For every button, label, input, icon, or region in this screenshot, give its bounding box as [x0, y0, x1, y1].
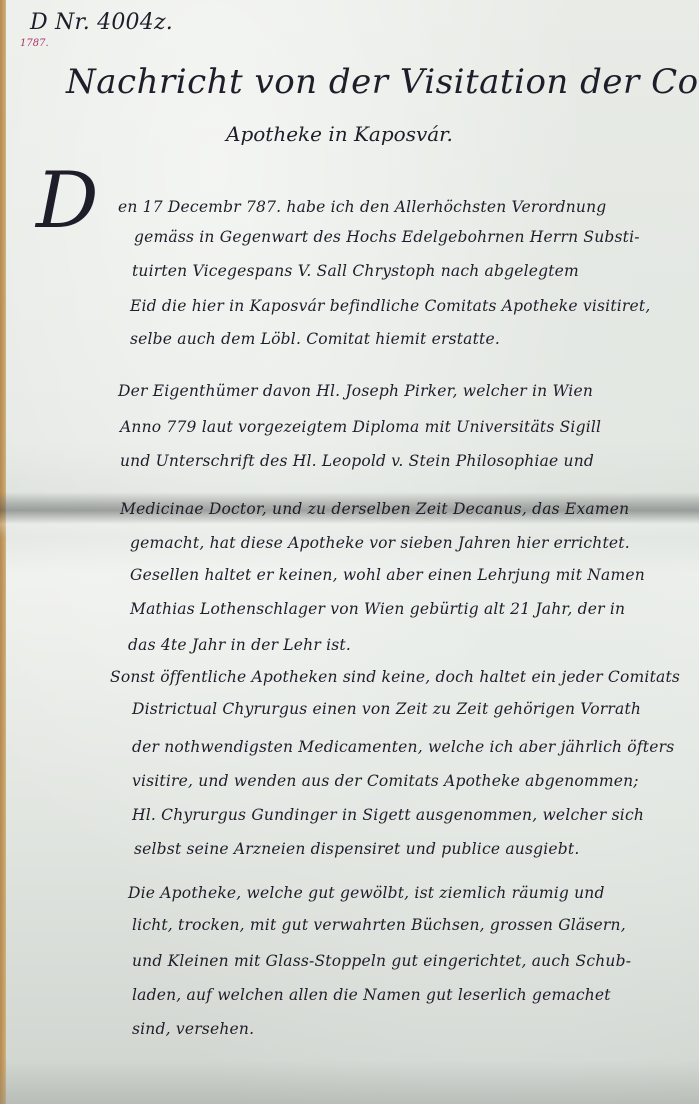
manuscript-line: Der Eigenthümer davon Hl. Joseph Pirker,…: [118, 382, 593, 400]
archive-year-note: 1787.: [20, 38, 49, 49]
archive-number: D Nr. 4004z.: [30, 10, 173, 35]
manuscript-line: Gesellen haltet er keinen, wohl aber ein…: [130, 566, 645, 584]
manuscript-page: [6, 0, 699, 1104]
manuscript-line: Districtual Chyrurgus einen von Zeit zu …: [132, 700, 641, 718]
manuscript-line: gemäss in Gegenwart des Hochs Edelgebohr…: [134, 228, 640, 246]
manuscript-line: der nothwendigsten Medicamenten, welche …: [132, 738, 674, 756]
manuscript-line: Mathias Lothenschlager von Wien gebürtig…: [130, 600, 625, 618]
drop-cap: D: [36, 162, 99, 240]
manuscript-line: licht, trocken, mit gut verwahrten Büchs…: [132, 916, 626, 934]
manuscript-line: sind, versehen.: [132, 1020, 254, 1038]
manuscript-line: visitire, und wenden aus der Comitats Ap…: [132, 772, 639, 790]
manuscript-line: gemacht, hat diese Apotheke vor sieben J…: [130, 534, 630, 552]
manuscript-line: en 17 Decembr 787. habe ich den Allerhöc…: [118, 198, 606, 216]
manuscript-line: tuirten Vicegespans V. Sall Chrystoph na…: [132, 262, 579, 280]
manuscript-line: Sonst öffentliche Apotheken sind keine, …: [110, 668, 680, 686]
manuscript-line: und Kleinen mit Glass-Stoppeln gut einge…: [132, 952, 631, 970]
document-title: Nachricht von der Visitation der Comitat…: [66, 62, 699, 102]
manuscript-line: laden, auf welchen allen die Namen gut l…: [132, 986, 611, 1004]
bottom-shadow: [0, 1060, 699, 1104]
manuscript-line: Eid die hier in Kaposvár befindliche Com…: [130, 297, 650, 315]
manuscript-line: das 4te Jahr in der Lehr ist.: [128, 636, 351, 654]
manuscript-line: Anno 779 laut vorgezeigtem Diploma mit U…: [120, 418, 601, 436]
manuscript-line: Medicinae Doctor, und zu derselben Zeit …: [120, 500, 629, 518]
manuscript-line: Die Apotheke, welche gut gewölbt, ist zi…: [128, 884, 605, 902]
manuscript-line: Hl. Chyrurgus Gundinger in Sigett ausgen…: [132, 806, 644, 824]
document-subtitle: Apotheke in Kaposvár.: [226, 122, 453, 146]
manuscript-line: selbst seine Arzneien dispensiret und pu…: [134, 840, 579, 858]
manuscript-line: selbe auch dem Löbl. Comitat hiemit erst…: [130, 330, 500, 348]
manuscript-line: und Unterschrift des Hl. Leopold v. Stei…: [120, 452, 594, 470]
